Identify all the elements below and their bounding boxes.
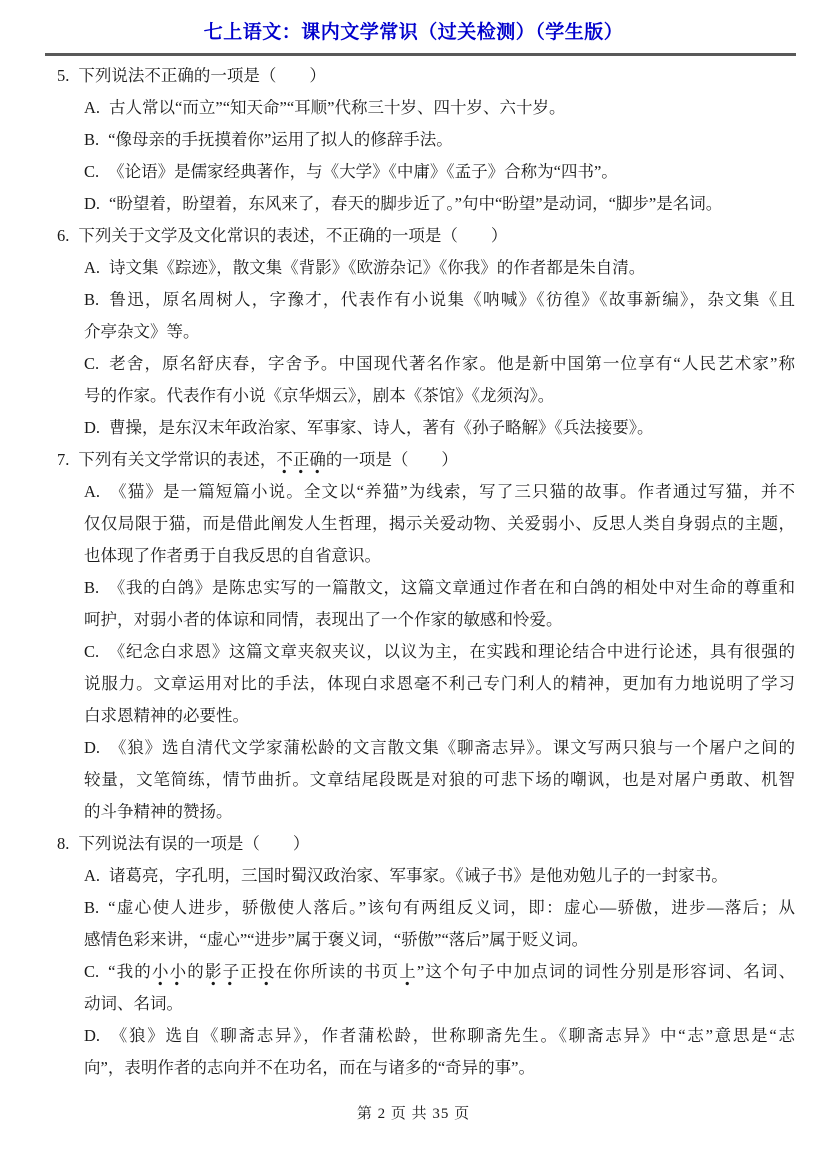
q8-option-d-line1-label: D. [84, 1026, 100, 1045]
q6-stem-label: 6. [57, 226, 69, 245]
q8-option-c-line1-label: C. [84, 962, 99, 981]
text-run: 《狼》选自清代文学家蒲松龄的文言散文集《聊斋志异》。课文写两只狼与一个屠户之间的 [109, 738, 795, 757]
text-run: 在你所读的书页 [276, 962, 400, 981]
q5-option-a-line1: A.古人常以“而立”“知天命”“耳顺”代称三十岁、四十岁、六十岁。 [84, 92, 795, 124]
q7-stem-label: 7. [57, 450, 69, 469]
q7-option-c-line1-label: C. [84, 642, 99, 661]
text-run: 曹操，是东汉末年政治家、军事家、诗人，著有《孙子略解》《兵法接要》。 [109, 418, 654, 437]
q7-option-d-line3: 的斗争精神的赞扬。 [84, 796, 795, 828]
text-run: 也体现了作者勇于自我反思的自省意识。 [84, 546, 381, 565]
text-run: 《猫》是一篇短篇小说。全文以“养猫”为线索，写了三只猫的故事。作者通过写猫，并不 [109, 482, 795, 501]
text-run: 的斗争精神的赞扬。 [84, 802, 233, 821]
text-run: 向”，表明作者的志向并不在功名，而在与诸多的“奇异的事”。 [84, 1058, 535, 1077]
q5-stem-label: 5. [57, 66, 69, 85]
q5-option-c-line1-label: C. [84, 162, 99, 181]
emphasized-text: 上 [399, 962, 417, 986]
q6-option-c-line2: 号的作家。代表作有小说《京华烟云》，剧本《茶馆》《龙须沟》。 [84, 380, 795, 412]
text-run: “虚心使人进步，骄傲使人落后。”该句有两组反义词，即：虚心—骄傲，进步—落后；从 [108, 898, 795, 917]
question-5: 5.下列说法不正确的一项是（ ）A.古人常以“而立”“知天命”“耳顺”代称三十岁… [0, 60, 827, 220]
q5-option-d-line1-label: D. [84, 194, 100, 213]
q8-stem-label: 8. [57, 834, 69, 853]
text-run: 较量，文笔简练，情节曲折。文章结尾段既是对狼的可悲下场的嘲讽，也是对屠户勇敢、机… [84, 770, 795, 789]
text-run: 下列有关文学常识的表述， [78, 450, 276, 469]
q5-option-b-line1-label: B. [84, 130, 99, 149]
text-run: 号的作家。代表作有小说《京华烟云》，剧本《茶馆》《龙须沟》。 [84, 386, 554, 405]
q5-option-a-line1-label: A. [84, 98, 100, 117]
text-run: 说服力。文章运用对比的手法，体现白求恩毫不利己专门利人的精神，更加有力地说明了学… [84, 674, 795, 693]
q6-option-c-line1-label: C. [84, 354, 99, 373]
q8-option-a-line1-label: A. [84, 866, 100, 885]
q6-stem: 6.下列关于文学及文化常识的表述，不正确的一项是（ ） [57, 220, 795, 252]
text-run: 正 [240, 962, 258, 981]
q7-option-a-line1-label: A. [84, 482, 100, 501]
q6-option-d-line1: D.曹操，是东汉末年政治家、军事家、诗人，著有《孙子略解》《兵法接要》。 [84, 412, 795, 444]
text-run: 白求恩精神的必要性。 [84, 706, 249, 725]
text-run: 的一项是（ ） [326, 450, 458, 469]
q7-option-b-line2: 呵护，对弱小者的体谅和同情，表现出了一个作家的敏感和怜爱。 [84, 604, 795, 636]
q7-option-b-line1-label: B. [84, 578, 99, 597]
q6-option-b-line1: B.鲁迅，原名周树人，字豫才，代表作有小说集《呐喊》《彷徨》《故事新编》，杂文集… [84, 284, 795, 316]
q6-option-d-line1-label: D. [84, 418, 100, 437]
q6-option-c-line1: C.老舍，原名舒庆春，字舍予。中国现代著名作家。他是新中国第一位享有“人民艺术家… [84, 348, 795, 380]
q8-option-a-line1: A.诸葛亮，字孔明，三国时蜀汉政治家、军事家。《诫子书》是他劝勉儿子的一封家书。 [84, 860, 795, 892]
text-run: “像母亲的手抚摸着你”运用了拟人的修辞手法。 [108, 130, 453, 149]
text-run: 《狼》选自《聊斋志异》，作者蒲松龄，世称聊斋先生。《聊斋志异》中“志”意思是“志 [109, 1026, 795, 1045]
document-page: 七上语文：课内文学常识（过关检测）（学生版） 5.下列说法不正确的一项是（ ）A… [0, 0, 827, 1169]
text-run: 老舍，原名舒庆春，字舍予。中国现代著名作家。他是新中国第一位享有“人民艺术家”称 [108, 354, 795, 373]
text-run: 呵护，对弱小者的体谅和同情，表现出了一个作家的敏感和怜爱。 [84, 610, 563, 629]
q7-option-a-line2: 仅仅局限于猫，而是借此阐发人生哲理，揭示关爱动物、关爱弱小、反思人类自身弱点的主… [84, 508, 795, 540]
q5-option-d-line1: D.“盼望着，盼望着，东风来了，春天的脚步近了。”句中“盼望”是动词，“脚步”是… [84, 188, 795, 220]
q8-option-b-line1: B.“虚心使人进步，骄傲使人落后。”该句有两组反义词，即：虚心—骄傲，进步—落后… [84, 892, 795, 924]
text-run: 感情色彩来讲，“虚心”“进步”属于褒义词，“骄傲”“落后”属于贬义词。 [84, 930, 588, 949]
text-run: 鲁迅，原名周树人，字豫才，代表作有小说集《呐喊》《彷徨》《故事新编》，杂文集《且 [108, 290, 795, 309]
page-title: 七上语文：课内文学常识（过关检测）（学生版） [0, 20, 827, 46]
text-run: 《我的白鸽》是陈忠实写的一篇散文，这篇文章通过作者在和白鸽的相处中对生命的尊重和 [108, 578, 795, 597]
question-6: 6.下列关于文学及文化常识的表述，不正确的一项是（ ）A.诗文集《踪迹》，散文集… [0, 220, 827, 444]
emphasized-text: 小小 [152, 962, 187, 986]
q8-stem: 8.下列说法有误的一项是（ ） [57, 828, 795, 860]
q7-option-d-line2: 较量，文笔简练，情节曲折。文章结尾段既是对狼的可悲下场的嘲讽，也是对屠户勇敢、机… [84, 764, 795, 796]
q7-option-c-line2: 说服力。文章运用对比的手法，体现白求恩毫不利己专门利人的精神，更加有力地说明了学… [84, 668, 795, 700]
emphasized-text: 影子 [205, 962, 240, 986]
text-run: 动词、名词。 [84, 994, 183, 1013]
text-run: 下列说法有误的一项是（ ） [78, 834, 309, 853]
question-list: 5.下列说法不正确的一项是（ ）A.古人常以“而立”“知天命”“耳顺”代称三十岁… [0, 60, 827, 1084]
question-8: 8.下列说法有误的一项是（ ）A.诸葛亮，字孔明，三国时蜀汉政治家、军事家。《诫… [0, 828, 827, 1084]
text-run: “盼望着，盼望着，东风来了，春天的脚步近了。”句中“盼望”是动词，“脚步”是名词… [109, 194, 722, 213]
text-run: 《纪念白求恩》这篇文章夹叙夹议，以议为主，在实践和理论结合中进行论述，具有很强的 [108, 642, 795, 661]
q8-option-d-line2: 向”，表明作者的志向并不在功名，而在与诸多的“奇异的事”。 [84, 1052, 795, 1084]
text-run: 诗文集《踪迹》，散文集《背影》《欧游杂记》《你我》的作者都是朱自清。 [109, 258, 645, 277]
q8-option-c-line2: 动词、名词。 [84, 988, 795, 1020]
q8-option-d-line1: D.《狼》选自《聊斋志异》，作者蒲松龄，世称聊斋先生。《聊斋志异》中“志”意思是… [84, 1020, 795, 1052]
q5-stem: 5.下列说法不正确的一项是（ ） [57, 60, 795, 92]
text-run: 诸葛亮，字孔明，三国时蜀汉政治家、军事家。《诫子书》是他劝勉儿子的一封家书。 [109, 866, 728, 885]
text-run: “我的 [108, 962, 152, 981]
question-7: 7.下列有关文学常识的表述，不正确的一项是（ ）A.《猫》是一篇短篇小说。全文以… [0, 444, 827, 828]
text-run: 《论语》是儒家经典著作，与《大学》《中庸》《孟子》合称为“四书”。 [108, 162, 618, 181]
header-divider [45, 53, 796, 56]
emphasized-text: 不正确 [276, 450, 326, 474]
q7-option-d-line1-label: D. [84, 738, 100, 757]
text-run: 介亭杂文》等。 [84, 322, 200, 341]
q5-option-b-line1: B.“像母亲的手抚摸着你”运用了拟人的修辞手法。 [84, 124, 795, 156]
q7-option-c-line3: 白求恩精神的必要性。 [84, 700, 795, 732]
q7-option-a-line3: 也体现了作者勇于自我反思的自省意识。 [84, 540, 795, 572]
q7-option-d-line1: D.《狼》选自清代文学家蒲松龄的文言散文集《聊斋志异》。课文写两只狼与一个屠户之… [84, 732, 795, 764]
text-run: 下列关于文学及文化常识的表述，不正确的一项是（ ） [78, 226, 507, 245]
text-run: ”这个句子中加点词的词性分别是形容词、名词、 [417, 962, 795, 981]
q8-option-c-line1: C.“我的小小的影子正投在你所读的书页上”这个句子中加点词的词性分别是形容词、名… [84, 956, 795, 988]
q6-option-b-line2: 介亭杂文》等。 [84, 316, 795, 348]
emphasized-text: 投 [258, 962, 276, 986]
q6-option-b-line1-label: B. [84, 290, 99, 309]
q6-option-a-line1-label: A. [84, 258, 100, 277]
q7-option-a-line1: A.《猫》是一篇短篇小说。全文以“养猫”为线索，写了三只猫的故事。作者通过写猫，… [84, 476, 795, 508]
text-run: 仅仅局限于猫，而是借此阐发人生哲理，揭示关爱动物、关爱弱小、反思人类自身弱点的主… [84, 514, 795, 533]
text-run: 下列说法不正确的一项是（ ） [78, 66, 326, 85]
q5-option-c-line1: C.《论语》是儒家经典著作，与《大学》《中庸》《孟子》合称为“四书”。 [84, 156, 795, 188]
q7-stem: 7.下列有关文学常识的表述，不正确的一项是（ ） [57, 444, 795, 476]
text-run: 的 [187, 962, 205, 981]
q8-option-b-line1-label: B. [84, 898, 99, 917]
q6-option-a-line1: A.诗文集《踪迹》，散文集《背影》《欧游杂记》《你我》的作者都是朱自清。 [84, 252, 795, 284]
q7-option-b-line1: B.《我的白鸽》是陈忠实写的一篇散文，这篇文章通过作者在和白鸽的相处中对生命的尊… [84, 572, 795, 604]
text-run: 古人常以“而立”“知天命”“耳顺”代称三十岁、四十岁、六十岁。 [109, 98, 565, 117]
q7-option-c-line1: C.《纪念白求恩》这篇文章夹叙夹议，以议为主，在实践和理论结合中进行论述，具有很… [84, 636, 795, 668]
q8-option-b-line2: 感情色彩来讲，“虚心”“进步”属于褒义词，“骄傲”“落后”属于贬义词。 [84, 924, 795, 956]
page-footer: 第 2 页 共 35 页 [0, 1102, 827, 1123]
